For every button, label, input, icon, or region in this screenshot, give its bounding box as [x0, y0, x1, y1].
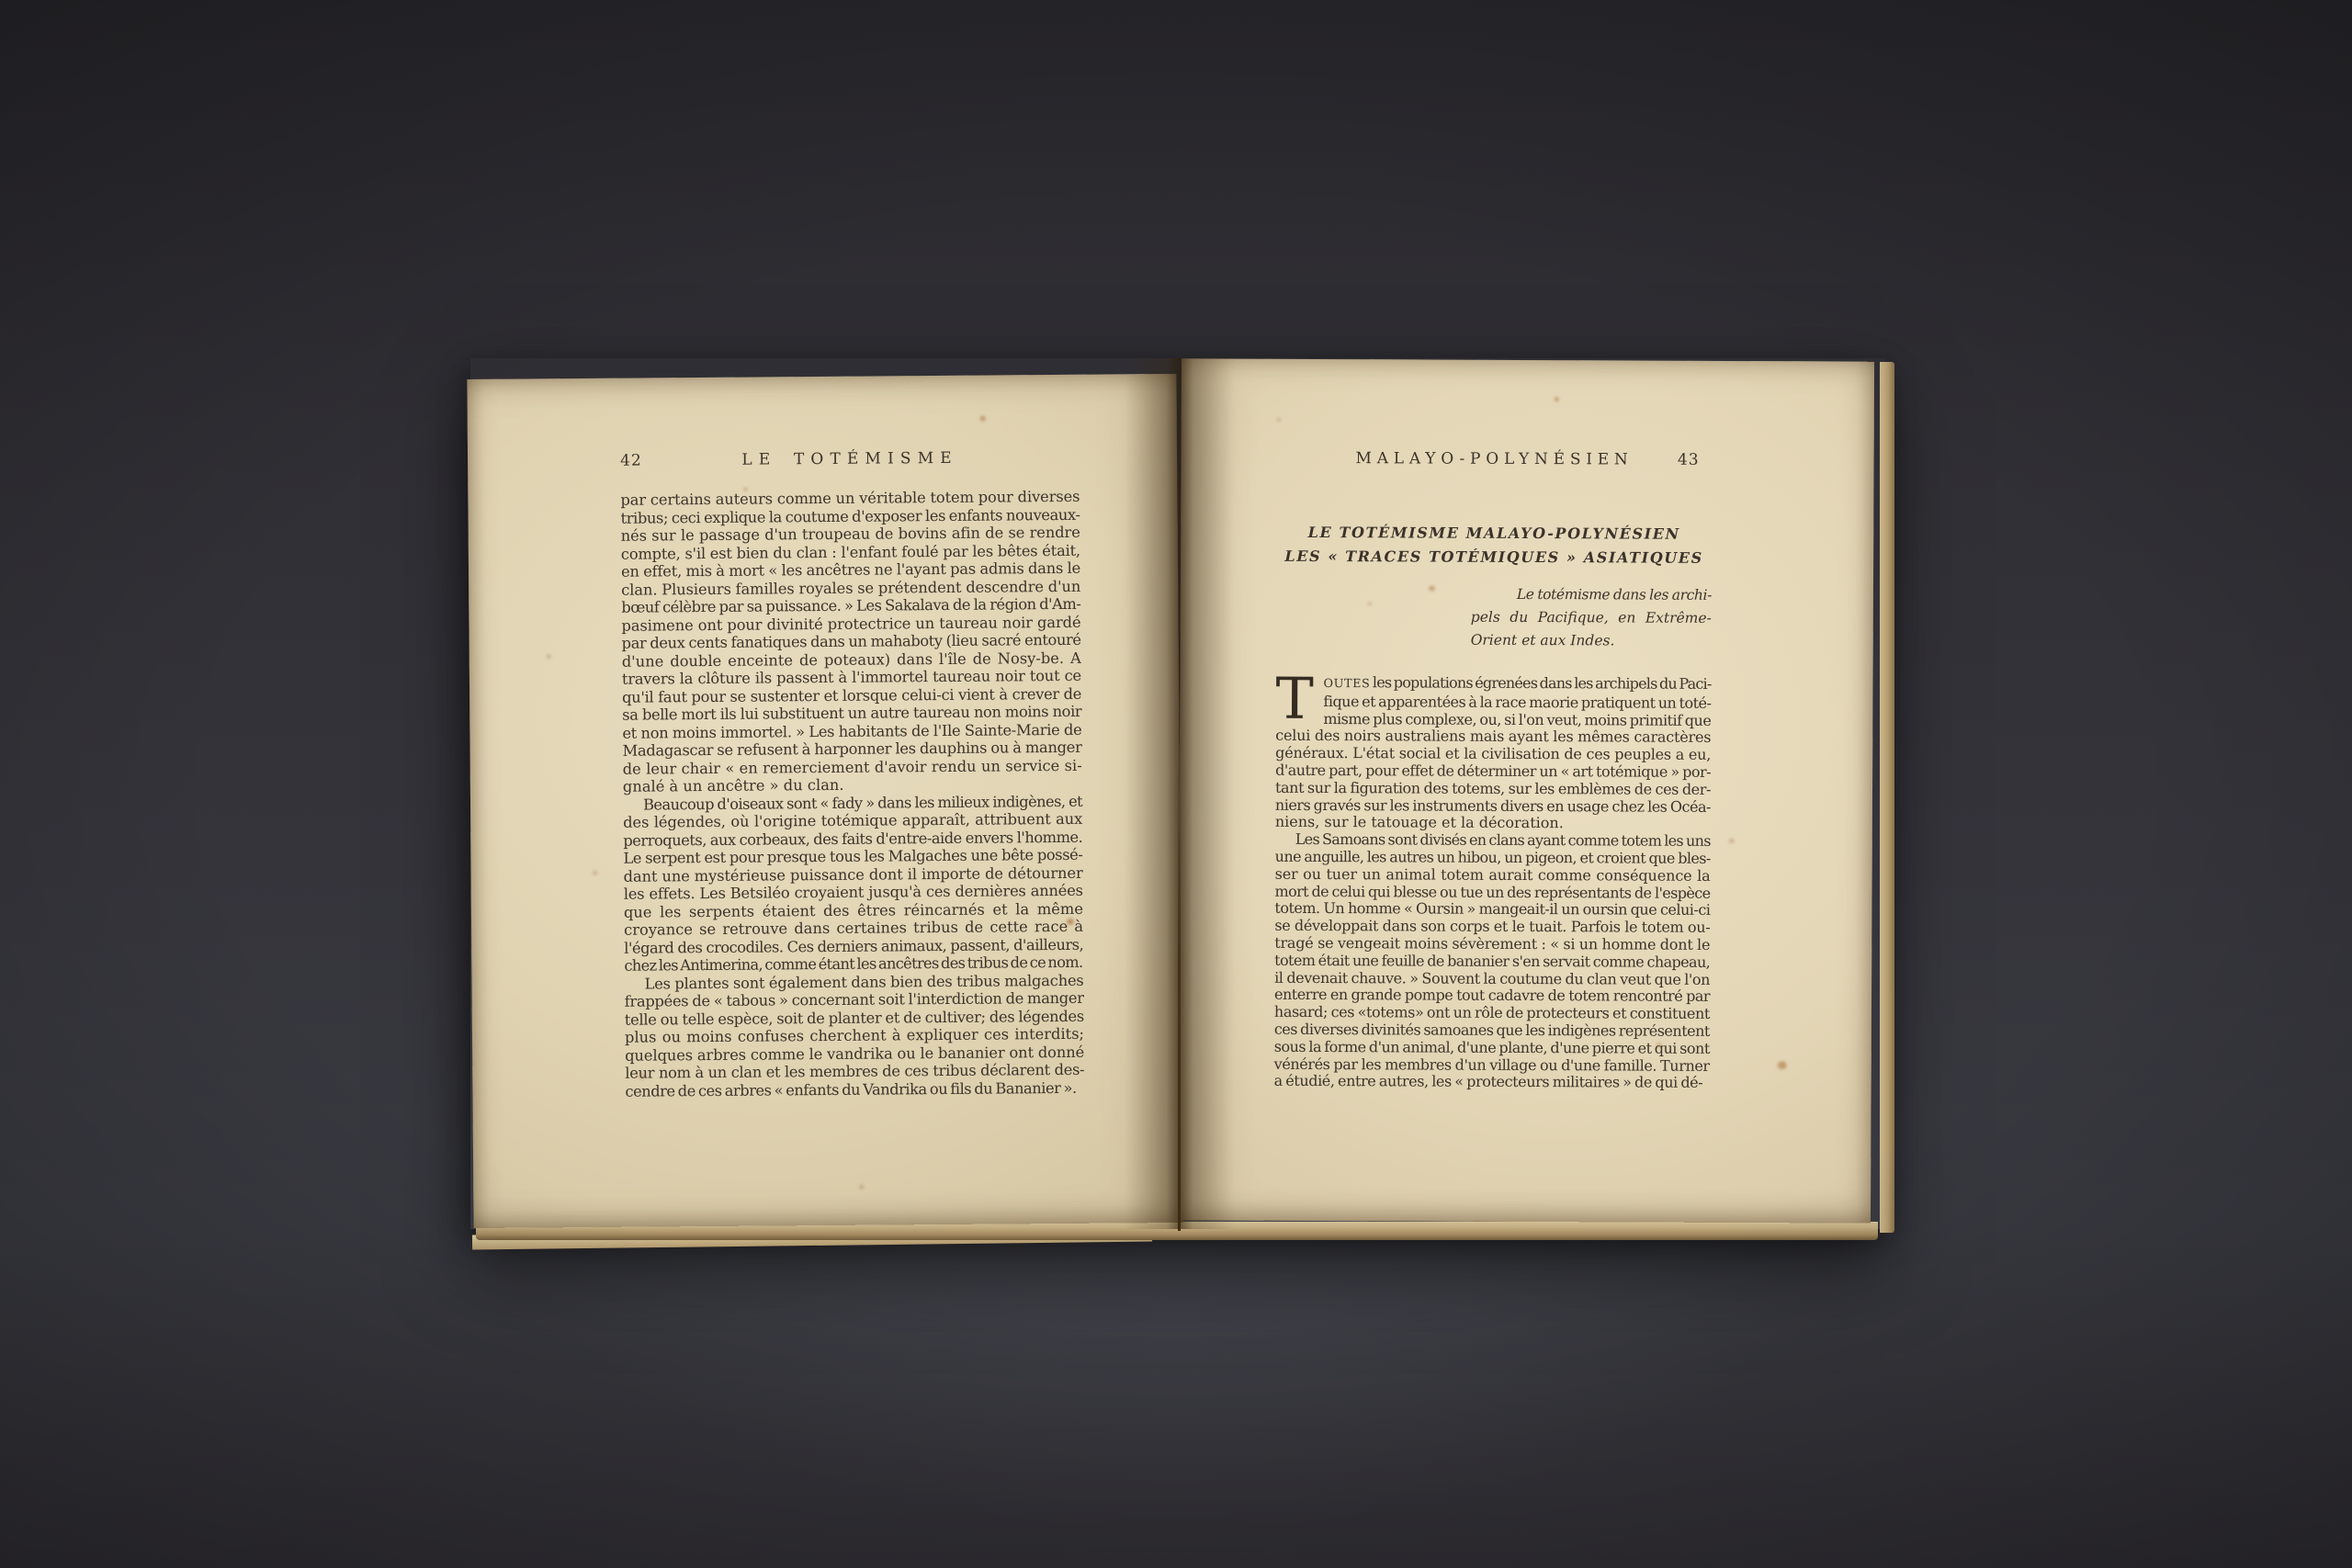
page-left: 42 LE TOTÉMISME par certains auteurs com… [467, 374, 1182, 1228]
foxing-spot [1277, 418, 1281, 422]
text-line: Le totémisme dans les archi- [1471, 583, 1712, 607]
drop-cap: T [1275, 676, 1316, 724]
paragraph: TOUTES les populations égrenées dans les… [1275, 674, 1712, 833]
running-header-text: MALAYO-POLYNÉSIEN [1355, 449, 1633, 468]
page-right: MALAYO-POLYNÉSIEN 43 LE TOTÉMISME MALAYO… [1178, 358, 1874, 1223]
photo-backdrop: 42 LE TOTÉMISME par certains auteurs com… [0, 0, 2352, 1568]
chapter-epigraph-note: Le totémisme dans les archi-pels du Paci… [1471, 583, 1712, 653]
page-number: 43 [1678, 451, 1700, 469]
foxing-spot [1429, 586, 1435, 592]
text-line: de leur chair « en remerciement d'avoir … [623, 756, 1082, 777]
paragraph: Beaucoup d'oiseaux sont « fady » dans le… [623, 792, 1084, 975]
running-head-left: 42 LE TOTÉMISME [620, 448, 1080, 470]
running-head-right: MALAYO-POLYNÉSIEN 43 [1277, 449, 1713, 469]
paragraph: par certains auteurs comme un véritable … [620, 488, 1082, 795]
paragraph: Les plantes sont également dans bien des… [624, 971, 1084, 1100]
page-number: 42 [620, 452, 642, 470]
foxing-spot [593, 871, 598, 875]
foxing-spot [980, 416, 986, 422]
foxing-spot [1368, 602, 1372, 605]
foxing-spot [1778, 1061, 1787, 1069]
small-caps-lead: OUTES [1323, 677, 1370, 691]
text-line: cendre de ces arbres « enfants du Vandri… [625, 1078, 1084, 1100]
text-line: LE TOTÉMISME MALAYO-POLYNÉSIEN [1276, 521, 1712, 547]
text-line: Orient et aux Indes. [1471, 629, 1712, 653]
foxing-spot [1729, 839, 1735, 843]
text-line: pels du Pacifique, en Extrême- [1471, 606, 1712, 630]
foxing-spot [1555, 397, 1559, 401]
foxing-spot [547, 654, 551, 659]
paragraph: Les Samoans sont divisés en clans ayant … [1274, 831, 1711, 1092]
running-header-text: LE TOTÉMISME [741, 449, 958, 469]
open-book: 42 LE TOTÉMISME par certains auteurs com… [470, 358, 1885, 1229]
book-gutter-fold-line [1178, 753, 1181, 1231]
page-edge-stack [1880, 362, 1894, 1233]
text-line: LES « TRACES TOTÉMIQUES » ASIATIQUES [1276, 545, 1712, 570]
text-line: a étudié, entre autres, les « protecteur… [1274, 1073, 1710, 1092]
chapter-title: LE TOTÉMISME MALAYO-POLYNÉSIENLES « TRAC… [1276, 521, 1712, 570]
foxing-spot [859, 1185, 864, 1190]
text-column-left: par certains auteurs comme un véritable … [620, 488, 1084, 1100]
text-column-right: TOUTES les populations égrenées dans les… [1274, 674, 1712, 1092]
